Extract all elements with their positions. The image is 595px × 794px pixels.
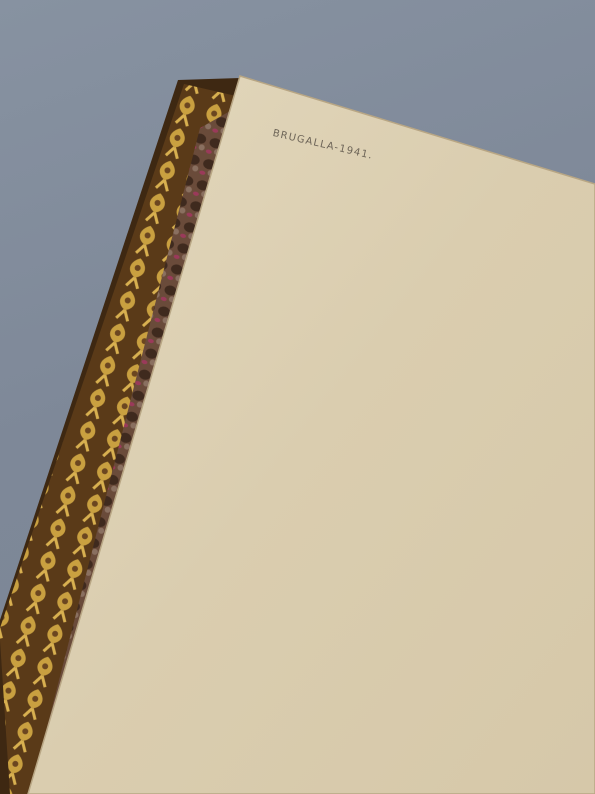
book-photo: BRUGALLA-1941. [0, 0, 595, 794]
book-corner-illustration [0, 0, 595, 794]
